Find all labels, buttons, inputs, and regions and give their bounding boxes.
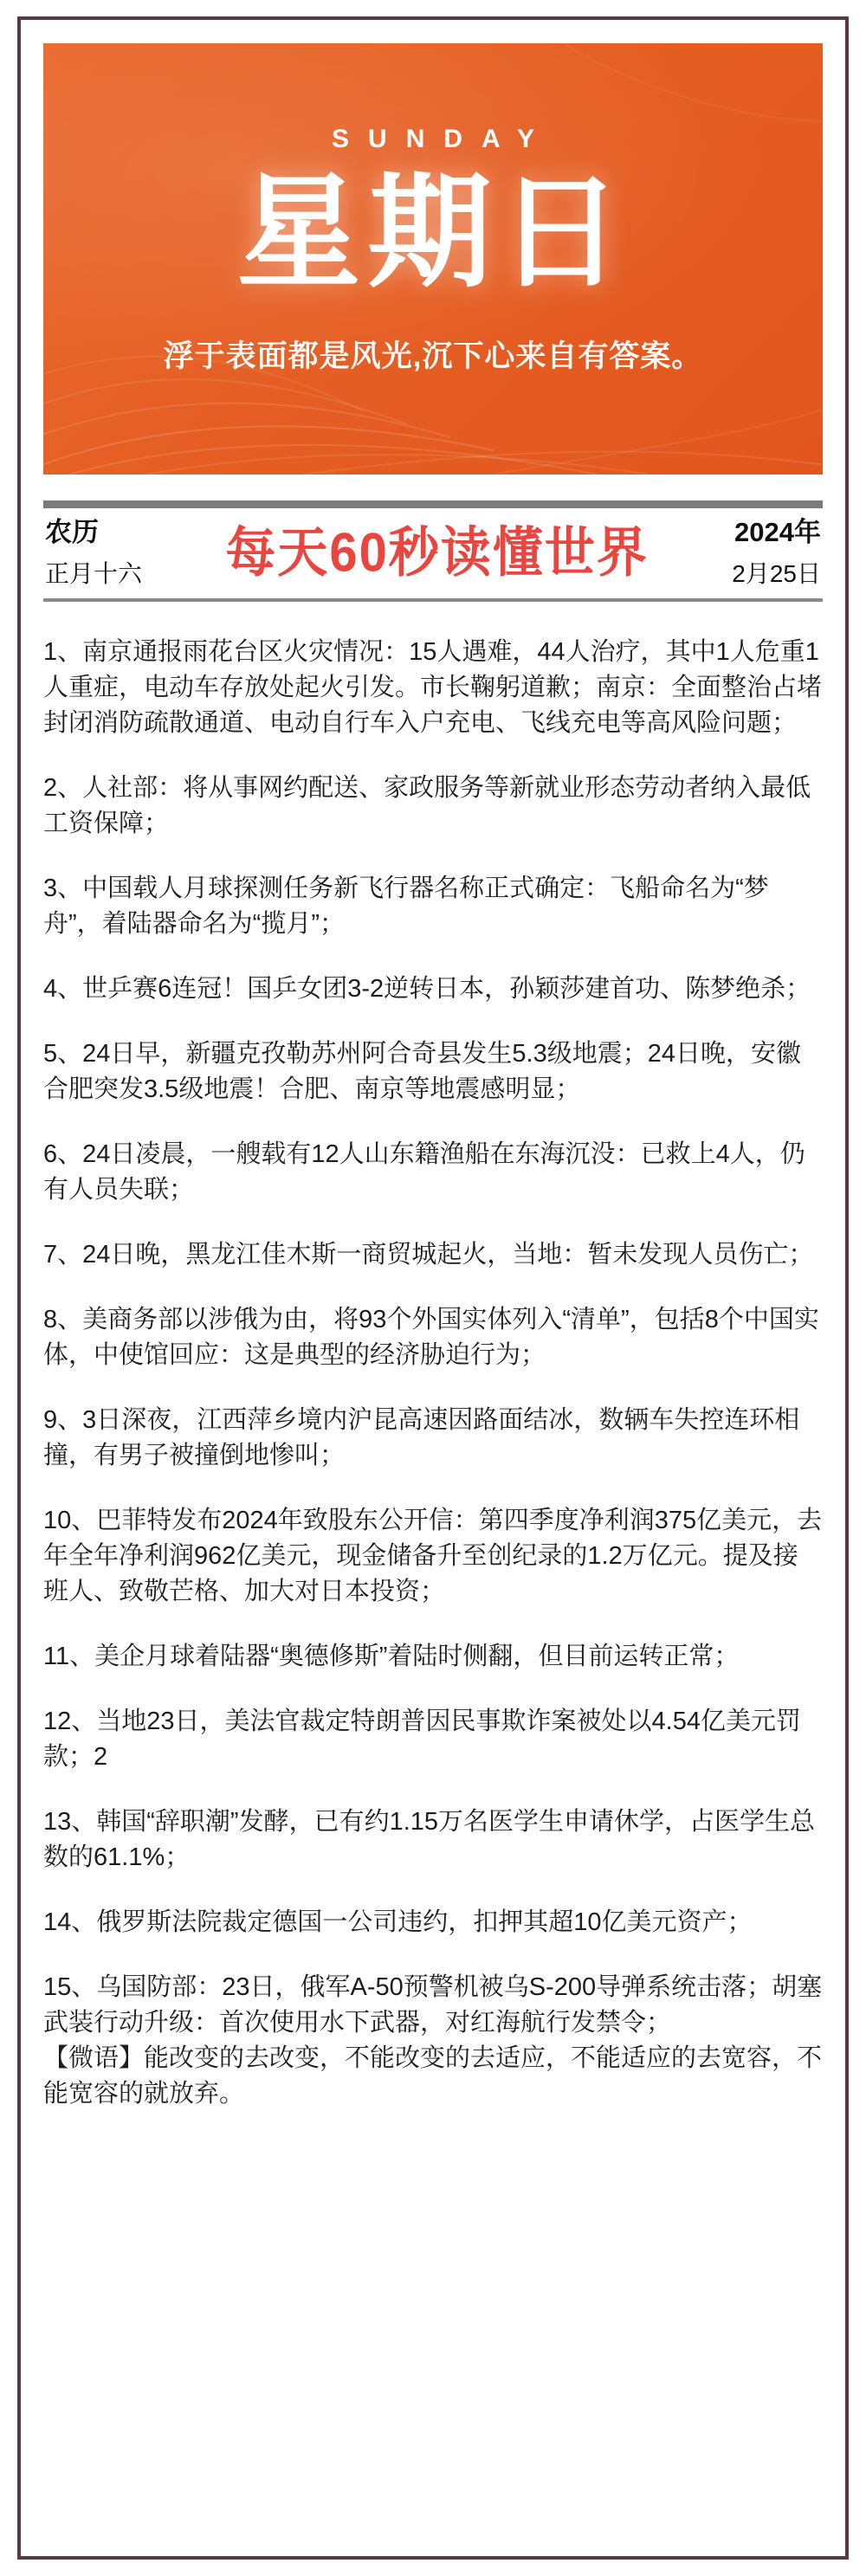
news-item: 1、南京通报雨花台区火灾情况：15人遇难，44人治疗，其中1人危重1人重症，电动…: [43, 635, 823, 741]
news-item: 13、韩国“辞职潮”发酵，已有约1.15万名医学生申请休学，占医学生总数的61.…: [43, 1804, 823, 1876]
news-item: 11、美企月球着陆器“奥德修斯”着陆时侧翻，但目前运转正常；: [43, 1639, 823, 1675]
separator-thick: [43, 500, 823, 508]
page-title: 每天60秒读懂世界: [225, 526, 649, 581]
news-item: 10、巴菲特发布2024年致股东公开信：第四季度净利润375亿美元，去年全年净利…: [43, 1503, 823, 1610]
news-item: 4、世乒赛6连冠！国乒女团3-2逆转日本，孙颖莎建首功、陈梦绝杀；: [43, 972, 823, 1007]
gregorian-column: 2024年 2月25日: [732, 517, 821, 588]
separator-thin: [43, 598, 823, 602]
news-list: 1、南京通报雨花台区火灾情况：15人遇难，44人治疗，其中1人危重1人重症，电动…: [43, 635, 823, 2041]
news-item: 14、俄罗斯法院裁定德国一公司违约，扣押其超10亿美元资产；: [43, 1905, 823, 1940]
news-item: 5、24日早，新疆克孜勒苏州阿合奇县发生5.3级地震；24日晚，安徽合肥突发3.…: [43, 1036, 823, 1107]
poster-frame: SUNDAY 星期日 浮于表面都是风光,沉下心来自有答案。 农历 正月十六 每天…: [17, 16, 849, 2560]
weekday-banner: SUNDAY 星期日 浮于表面都是风光,沉下心来自有答案。: [43, 43, 823, 475]
banner-quote: 浮于表面都是风光,沉下心来自有答案。: [43, 340, 823, 374]
date-band: 农历 正月十六 每天60秒读懂世界 2024年 2月25日: [21, 500, 845, 602]
date-label: 2月25日: [732, 560, 821, 588]
year-label: 2024年: [732, 517, 821, 548]
lunar-column: 农历 正月十六: [45, 517, 142, 588]
news-item: 9、3日深夜，江西萍乡境内沪昆高速因路面结冰，数辆车失控连环相撞，有男子被撞倒地…: [43, 1403, 823, 1474]
news-item: 15、乌国防部：23日，俄军A-50预警机被乌S-200导弹系统击落；胡塞武装行…: [43, 1970, 823, 2041]
lunar-date: 正月十六: [45, 560, 142, 588]
news-section: 1、南京通报雨花台区火灾情况：15人遇难，44人治疗，其中1人危重1人重症，电动…: [21, 635, 845, 2112]
news-item: 8、美商务部以涉俄为由，将93个外国实体列入“清单”，包括8个中国实体，中使馆回…: [43, 1302, 823, 1373]
news-item: 12、当地23日，美法官裁定特朗普因民事欺诈案被处以4.54亿美元罚款；2: [43, 1704, 823, 1775]
news-item: 2、人社部：将从事网约配送、家政服务等新就业形态劳动者纳入最低工资保障；: [43, 771, 823, 842]
weekday-english: SUNDAY: [43, 126, 823, 152]
news-item: 7、24日晚，黑龙江佳木斯一商贸城起火，当地：暂未发现人员伤亡；: [43, 1237, 823, 1273]
news-item: 3、中国载人月球探测任务新飞行器名称正式确定：飞船命名为“梦舟”，着陆器命名为“…: [43, 871, 823, 942]
news-item: 6、24日凌晨，一艘载有12人山东籍渔船在东海沉没：已救上4人，仍有人员失联；: [43, 1137, 823, 1208]
lunar-label: 农历: [45, 517, 142, 548]
date-row: 农历 正月十六 每天60秒读懂世界 2024年 2月25日: [43, 508, 823, 598]
weiyu-note: 【微语】能改变的去改变，不能改变的去适应，不能适应的去宽容，不能宽容的就放弃。: [43, 2041, 823, 2112]
weekday-chinese: 星期日: [43, 171, 823, 295]
